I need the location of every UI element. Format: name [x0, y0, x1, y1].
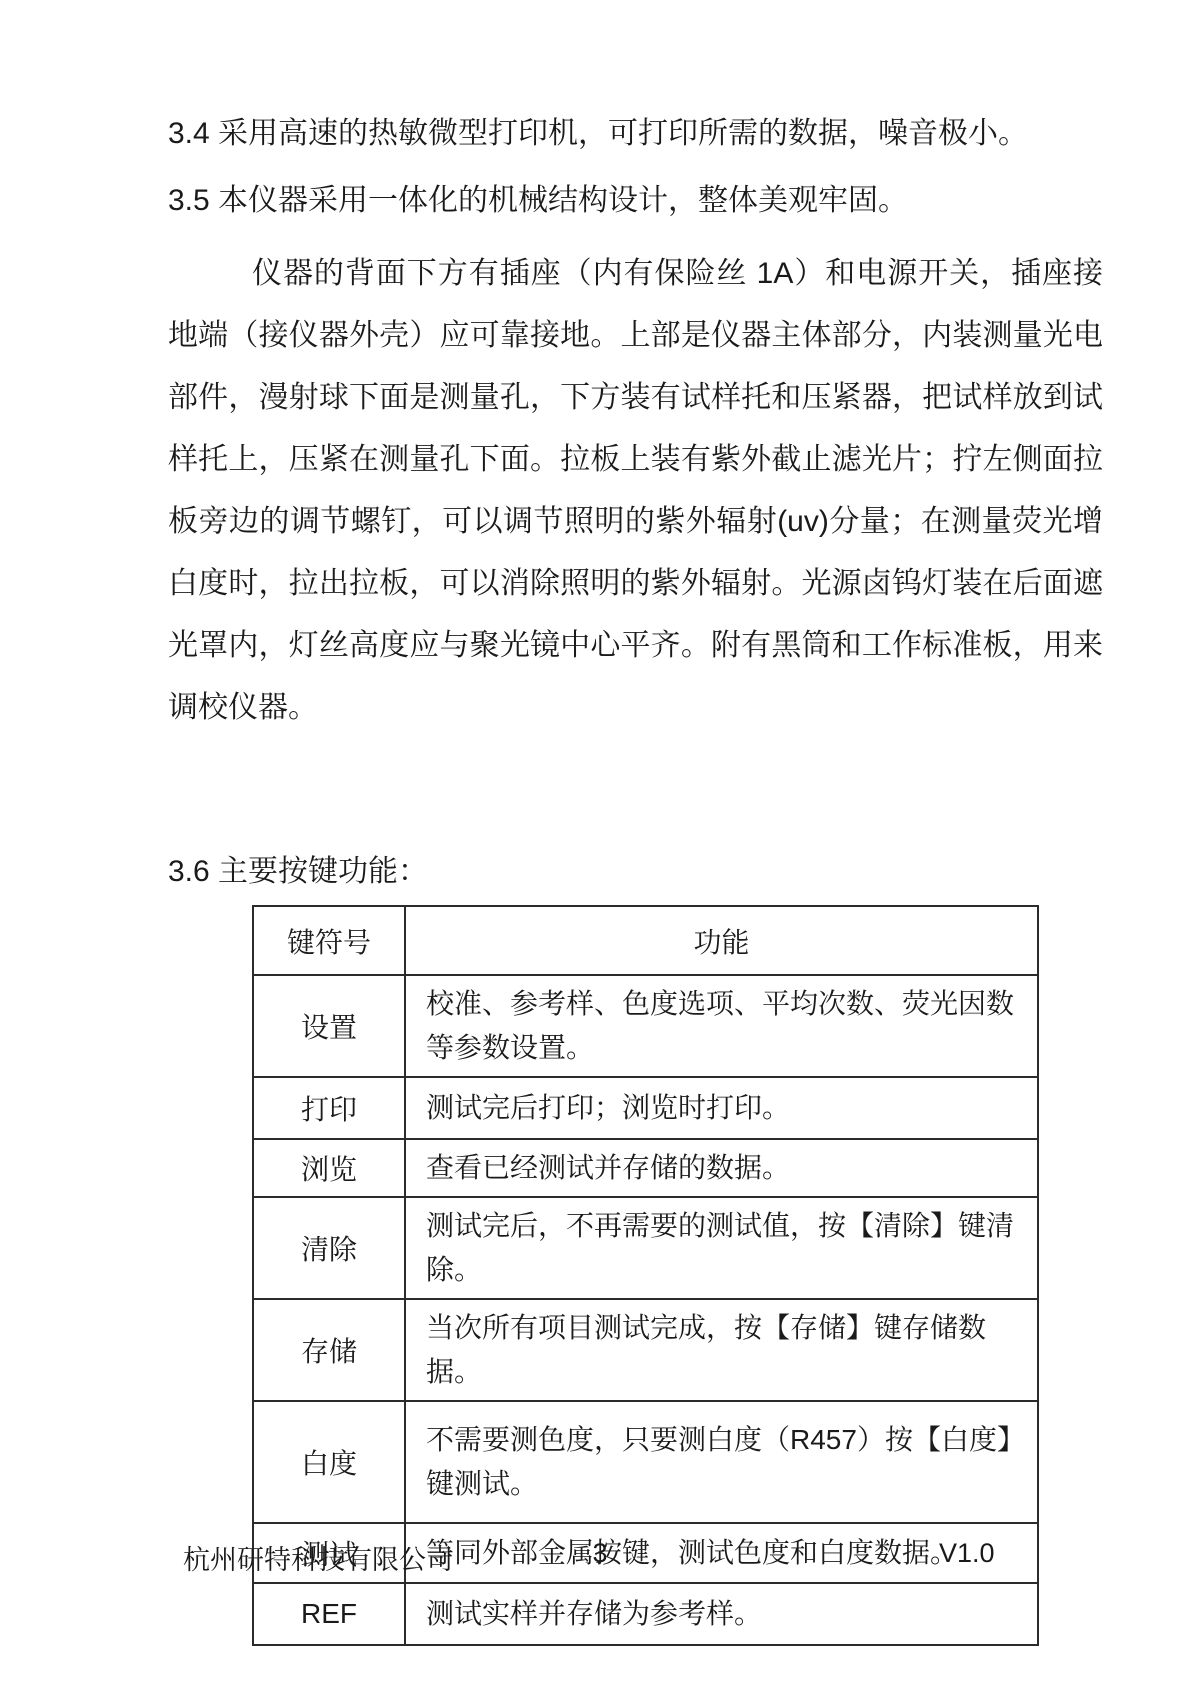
- key-symbol-cell: 清除: [253, 1197, 405, 1299]
- key-function-table: 键符号 功能 设置校准、参考样、色度选项、平均次数、荧光因数等参数设置。打印测试…: [252, 905, 1039, 1646]
- key-symbol-cell: 浏览: [253, 1139, 405, 1197]
- table-row: 清除测试完后，不再需要的测试值，按【清除】键清除。: [253, 1197, 1038, 1299]
- footer-version: V1.0: [939, 1538, 995, 1569]
- key-symbol-cell: 白度: [253, 1401, 405, 1523]
- key-symbol-cell: 打印: [253, 1077, 405, 1139]
- table-row: 打印测试完后打印；浏览时打印。: [253, 1077, 1038, 1139]
- key-symbol-cell: 存储: [253, 1299, 405, 1401]
- function-cell: 测试实样并存储为参考样。: [405, 1583, 1038, 1645]
- table-header-row: 键符号 功能: [253, 906, 1038, 975]
- table-row: 存储当次所有项目测试完成，按【存储】键存储数据。: [253, 1299, 1038, 1401]
- key-symbol-cell: REF: [253, 1583, 405, 1645]
- function-cell: 不需要测色度，只要测白度（R457）按【白度】键测试。: [405, 1401, 1038, 1523]
- key-symbol-cell: 设置: [253, 975, 405, 1077]
- table-row: 白度不需要测色度，只要测白度（R457）按【白度】键测试。: [253, 1401, 1038, 1523]
- function-cell: 测试完后打印；浏览时打印。: [405, 1077, 1038, 1139]
- section-3-4-text: 3.4 采用高速的热敏微型打印机，可打印所需的数据，噪音极小。: [168, 100, 1103, 167]
- document-page: 3.4 采用高速的热敏微型打印机，可打印所需的数据，噪音极小。 3.5 本仪器采…: [0, 0, 1200, 1702]
- table-row: 设置校准、参考样、色度选项、平均次数、荧光因数等参数设置。: [253, 975, 1038, 1077]
- function-cell: 测试完后，不再需要的测试值，按【清除】键清除。: [405, 1197, 1038, 1299]
- section-3-5-text: 3.5 本仪器采用一体化的机械结构设计，整体美观牢固。: [168, 167, 1103, 234]
- function-cell: 查看已经测试并存储的数据。: [405, 1139, 1038, 1197]
- function-cell: 当次所有项目测试完成，按【存储】键存储数据。: [405, 1299, 1038, 1401]
- table-row: REF测试实样并存储为参考样。: [253, 1583, 1038, 1645]
- table-header-key-symbol: 键符号: [253, 906, 405, 975]
- table-header-function: 功能: [405, 906, 1038, 975]
- footer-page-number: 3: [0, 1538, 1200, 1569]
- body-paragraph: 仪器的背面下方有插座（内有保险丝 1A）和电源开关，插座接地端（接仪器外壳）应可…: [168, 243, 1103, 739]
- table-row: 浏览查看已经测试并存储的数据。: [253, 1139, 1038, 1197]
- section-3-6-heading: 3.6 主要按键功能：: [168, 852, 1103, 892]
- function-cell: 校准、参考样、色度选项、平均次数、荧光因数等参数设置。: [405, 975, 1038, 1077]
